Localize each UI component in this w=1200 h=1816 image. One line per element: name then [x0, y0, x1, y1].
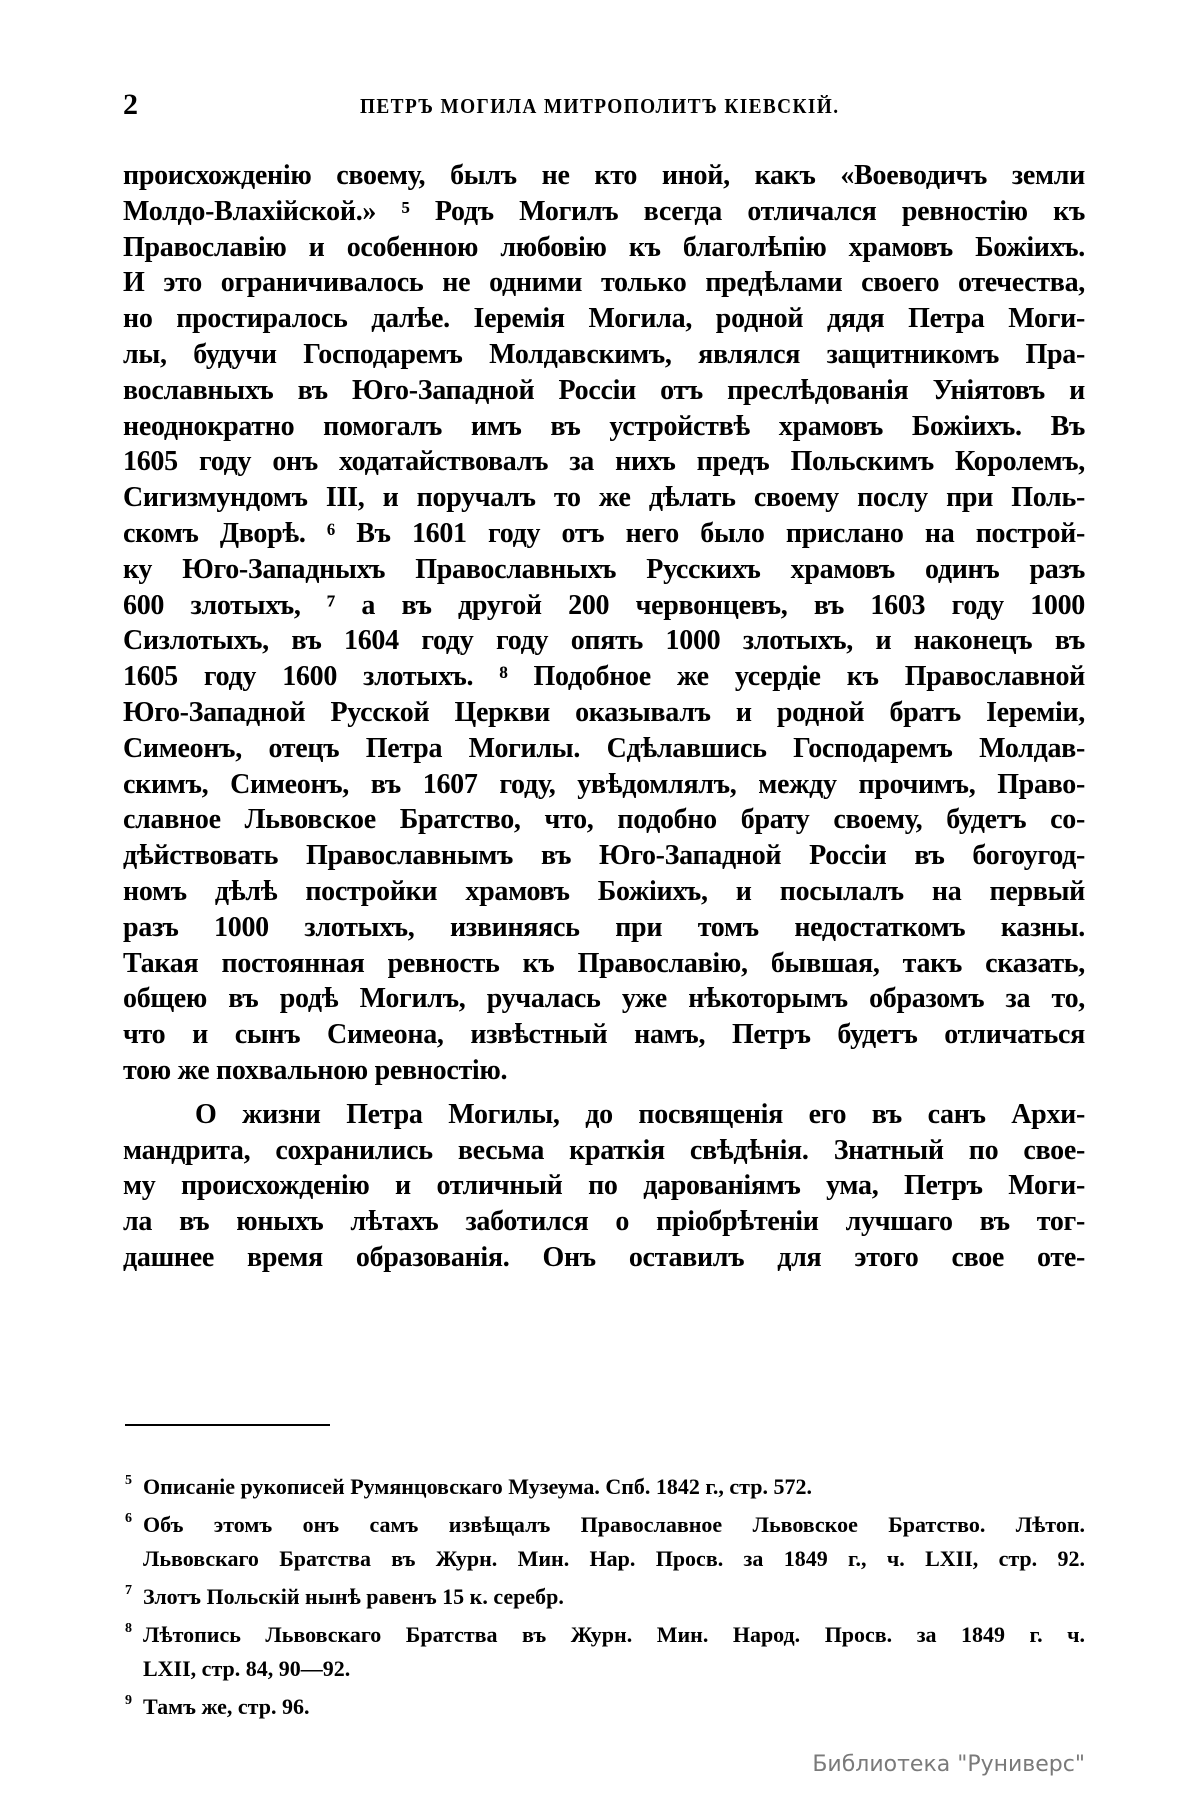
running-title: ПЕТРЪ МОГИЛА МИТРОПОЛИТЪ КІЕВСКІЙ. — [360, 94, 839, 119]
text-line: ку Юго-Западныхъ Православныхъ Русскихъ … — [123, 552, 1085, 588]
paragraph-2: О жизни Петра Могилы, до посвященія его … — [123, 1097, 1085, 1276]
page-number: 2 — [123, 88, 138, 122]
footnote-7: 7 Злотъ Польскій нынѣ равенъ 15 к. сереб… — [125, 1580, 1085, 1614]
footnote-line: Тамъ же, стр. 96. — [143, 1690, 1085, 1724]
footnotes: 5 Описаніе рукописей Румянцовскаго Музеу… — [125, 1470, 1085, 1724]
text-line: 1605 году 1600 злотыхъ. ⁸ Подобное же ус… — [123, 659, 1085, 695]
text-line: лы, будучи Господаремъ Молдавскимъ, явля… — [123, 337, 1085, 373]
text-line: тою же похвальною ревностію. — [123, 1053, 1085, 1089]
footnote-5: 5 Описаніе рукописей Румянцовскаго Музеу… — [125, 1470, 1085, 1504]
text-line: номъ дѣлѣ постройки храмовъ Божіихъ, и п… — [123, 874, 1085, 910]
text-line: скомъ Дворѣ. ⁶ Въ 1601 году отъ него был… — [123, 516, 1085, 552]
text-line: Сизлотыхъ, въ 1604 году году опять 1000 … — [123, 623, 1085, 659]
text-line: 1605 году онъ ходатайствовалъ за нихъ пр… — [123, 444, 1085, 480]
text-line: И это ограничивалось не одними только пр… — [123, 265, 1085, 301]
text-line: неоднократно помогалъ имъ въ устройствѣ … — [123, 409, 1085, 445]
text-line: Симеонъ, отецъ Петра Могилы. Сдѣлавшись … — [123, 731, 1085, 767]
text-line: Такая постоянная ревность къ Православію… — [123, 946, 1085, 982]
footnote-mark: 8 — [125, 1612, 132, 1646]
text-line: что и сынъ Симеона, извѣстный намъ, Петр… — [123, 1017, 1085, 1053]
text-line: но простиралось далѣе. Іеремія Могила, р… — [123, 301, 1085, 337]
footnote-mark: 5 — [125, 1464, 132, 1498]
text-line: общею въ родѣ Могилъ, ручалась уже нѣкот… — [123, 981, 1085, 1017]
footnote-separator — [125, 1424, 330, 1426]
text-line: Сигизмундомъ III, и поручалъ то же дѣлат… — [123, 480, 1085, 516]
footnote-line: Объ этомъ онъ самъ извѣщалъ Православное… — [143, 1508, 1085, 1542]
text-line: скимъ, Симеонъ, въ 1607 году, увѣдомлялъ… — [123, 767, 1085, 803]
footnote-line: Злотъ Польскій нынѣ равенъ 15 к. серебр. — [143, 1580, 1085, 1614]
text-line: му происхожденію и отличный по дарованія… — [123, 1168, 1085, 1204]
footnote-mark: 9 — [125, 1684, 132, 1718]
text-line: дашнее время образованія. Онъ оставилъ д… — [123, 1240, 1085, 1276]
text-line: Православію и особенною любовію къ благо… — [123, 230, 1085, 266]
footnote-8: 8 Лѣтопись Львовскаго Братства въ Журн. … — [125, 1618, 1085, 1686]
footnote-line: LXII, стр. 84, 90—92. — [143, 1652, 1085, 1686]
footnote-6: 6 Объ этомъ онъ самъ извѣщалъ Православн… — [125, 1508, 1085, 1576]
text-line: 600 злотыхъ, ⁷ а въ другой 200 червонцев… — [123, 588, 1085, 624]
text-line: происхожденію своему, былъ не кто иной, … — [123, 158, 1085, 194]
text-line: славное Львовское Братство, что, подобно… — [123, 802, 1085, 838]
text-line: вославныхъ въ Юго-Западной Россіи отъ пр… — [123, 373, 1085, 409]
text-line: мандрита, сохранились весьма краткія свѣ… — [123, 1133, 1085, 1169]
body-text: происхожденію своему, былъ не кто иной, … — [123, 158, 1085, 1276]
footnote-mark: 7 — [125, 1574, 132, 1608]
text-line: ла въ юныхъ лѣтахъ заботился о пріобрѣте… — [123, 1204, 1085, 1240]
text-line: Молдо-Влахійской.» ⁵ Родъ Могилъ всегда … — [123, 194, 1085, 230]
footnote-mark: 6 — [125, 1502, 132, 1536]
footnote-line: Лѣтопись Львовскаго Братства въ Журн. Ми… — [143, 1618, 1085, 1652]
text-line: дѣйствовать Православнымъ въ Юго-Западно… — [123, 838, 1085, 874]
paragraph-1: происхожденію своему, былъ не кто иной, … — [123, 158, 1085, 1089]
library-watermark: Библиотека "Руниверс" — [812, 1752, 1085, 1777]
footnote-9: 9 Тамъ же, стр. 96. — [125, 1690, 1085, 1724]
footnote-line: Описаніе рукописей Румянцовскаго Музеума… — [143, 1470, 1085, 1504]
text-line: разъ 1000 злотыхъ, извиняясь при томъ не… — [123, 910, 1085, 946]
text-line: Юго-Западной Русской Церкви оказывалъ и … — [123, 695, 1085, 731]
text-line: О жизни Петра Могилы, до посвященія его … — [123, 1097, 1085, 1133]
footnote-line: Львовскаго Братства въ Журн. Мин. Нар. П… — [143, 1542, 1085, 1576]
